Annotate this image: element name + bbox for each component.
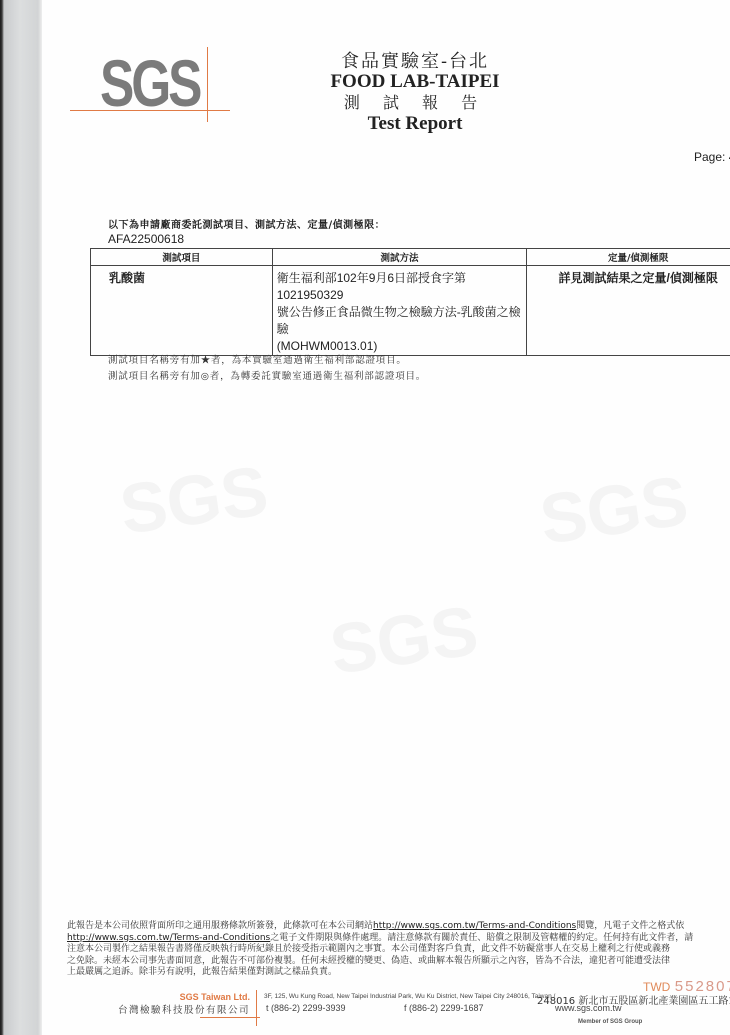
- disclaimer-line: 此報告是本公司依照背面所印之通用服務條款所簽發，此條款可在本公司網站http:/…: [67, 921, 730, 933]
- note-subcontracted: 測試項目名稱旁有加◎者，為轉委託實驗室通過衛生福利部認證項目。: [108, 369, 426, 385]
- terms-link[interactable]: http://www.sgs.com.tw/Terms-and-Conditio…: [67, 933, 270, 943]
- fax-number: f (886-2) 2299-1687: [404, 1003, 484, 1013]
- header-test-method: 測試方法: [272, 249, 527, 266]
- disclaimer: 此報告是本公司依照背面所印之通用服務條款所簽發，此條款可在本公司網站http:/…: [67, 921, 730, 979]
- disclaimer-text: 之電子文件期限與條件處理。請注意條款有關於責任、賠償之限制及管轄權的約定。任何持…: [270, 933, 693, 943]
- detection-limit-cell: 詳見測試結果之定量/偵測極限: [527, 266, 730, 356]
- table-header-row: 測試項目 測試方法 定量/偵測極限: [91, 249, 730, 266]
- disclaimer-line: http://www.sgs.com.tw/Terms-and-Conditio…: [67, 933, 730, 945]
- footer-company: SGS Taiwan Ltd. 台灣檢驗科技股份有限公司: [100, 992, 250, 1016]
- logo-divider: [207, 47, 208, 122]
- header-detection-limit: 定量/偵測極限: [527, 249, 730, 266]
- disclaimer-line: 注意本公司製作之結果報告書將僅反映執行時所紀錄且於接受指示範圍內之事實。本公司僅…: [67, 944, 730, 956]
- scan-edge-strip: [0, 0, 42, 1035]
- disclaimer-line: 之免除。未經本公司事先書面同意，此報告不可部份複製。任何未經授權的變更、偽造、或…: [67, 956, 730, 968]
- lab-name-en: FOOD LAB-TAIPEI: [300, 72, 530, 92]
- page-number: Page: 4: [694, 150, 730, 164]
- company-name-zh: 台灣檢驗科技股份有限公司: [100, 1002, 250, 1016]
- company-name-en: SGS Taiwan Ltd.: [100, 992, 250, 1002]
- lab-name-zh: 食品實驗室-台北: [300, 52, 530, 72]
- report-header: 食品實驗室-台北 FOOD LAB-TAIPEI 測 試 報 告 Test Re…: [300, 52, 530, 135]
- test-spec-table: 測試項目 測試方法 定量/偵測極限 乳酸菌 衛生福利部102年9月6日部授食字第…: [90, 248, 730, 356]
- address-en: 3F, 125, Wu Kung Road, New Taipei Indust…: [264, 993, 555, 1000]
- notes: 測試項目名稱旁有加★者，為本實驗室通過衛生福利部認證項目。 測試項目名稱旁有加◎…: [108, 353, 426, 385]
- report-title-en: Test Report: [300, 113, 530, 135]
- logo-underline: [70, 110, 230, 111]
- test-method-cell: 衛生福利部102年9月6日部授食字第1021950329 號公告修正食品微生物之…: [272, 266, 527, 356]
- table-row: 乳酸菌 衛生福利部102年9月6日部授食字第1021950329 號公告修正食品…: [91, 266, 730, 356]
- test-item-cell: 乳酸菌: [91, 266, 273, 356]
- intro-text: 以下為申請廠商委託測試項目、測試方法、定量/偵測極限：: [108, 216, 385, 231]
- method-line: 衛生福利部102年9月6日部授食字第1021950329: [277, 270, 523, 304]
- report-title-zh: 測 試 報 告: [300, 92, 530, 113]
- report-number: AFA22500618: [108, 232, 184, 246]
- website-link[interactable]: www.sgs.com.tw: [555, 1003, 622, 1013]
- header-test-item: 測試項目: [91, 249, 273, 266]
- logo-text: SGS: [100, 50, 199, 116]
- footer-divider: [256, 990, 257, 1026]
- note-accredited: 測試項目名稱旁有加★者，為本實驗室通過衛生福利部認證項目。: [108, 353, 426, 369]
- phone-number: t (886-2) 2299-3939: [266, 1003, 346, 1013]
- disclaimer-text: 閱覽，凡電子文件之格式依: [576, 921, 684, 931]
- method-line: 號公告修正食品微生物之檢驗方法-乳酸菌之檢驗: [277, 304, 523, 338]
- disclaimer-line: 上最嚴厲之追訴。除非另有說明，此報告結果僅對測試之樣品負責。: [67, 967, 730, 979]
- footer-underline: [200, 1017, 260, 1018]
- disclaimer-text: 此報告是本公司依照背面所印之通用服務條款所簽發，此條款可在本公司網站: [67, 921, 373, 931]
- terms-link[interactable]: http://www.sgs.com.tw/Terms-and-Conditio…: [373, 921, 576, 931]
- member-label: Member of SGS Group: [578, 1019, 642, 1025]
